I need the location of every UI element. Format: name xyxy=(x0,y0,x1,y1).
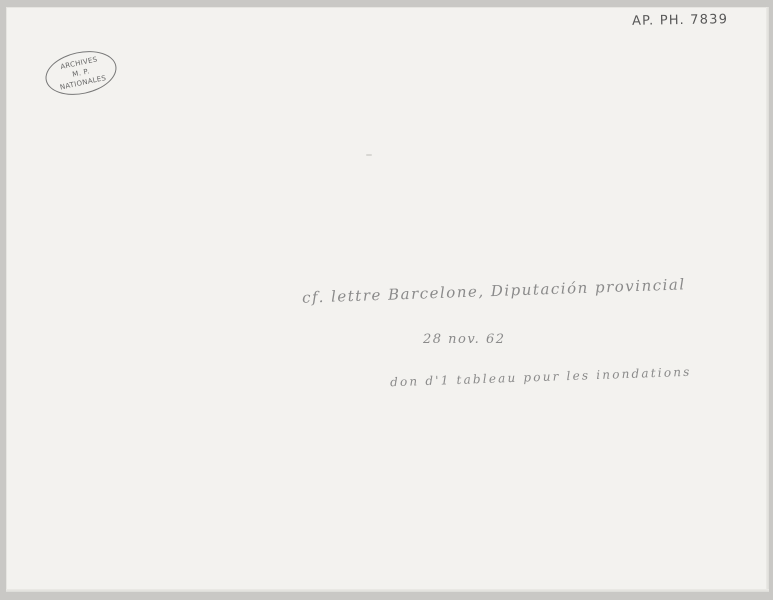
paper-speck xyxy=(366,154,372,156)
sheet-edge-right xyxy=(766,7,769,592)
sheet-edge-bottom xyxy=(6,589,769,592)
handwritten-note-date: 28 nov. 62 xyxy=(423,332,505,347)
catalog-number: AP. PH. 7839 xyxy=(632,12,728,29)
